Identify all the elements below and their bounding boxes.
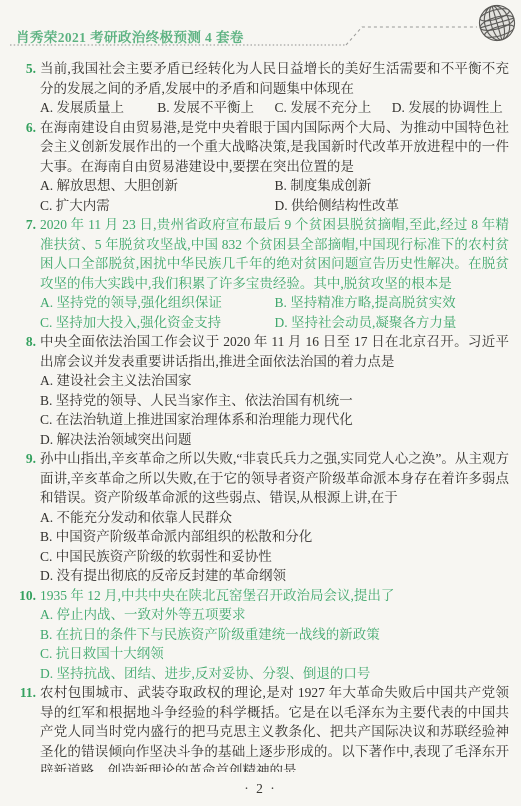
question-body: 在海南建设自由贸易港,是党中央着眼于国内国际两个大局、为推动中国特色社会主义创新… — [40, 118, 509, 216]
question-number: 6. — [13, 118, 40, 216]
option-C: C. 抗日救国十大纲领 — [40, 644, 509, 664]
option-D: D. 坚持社会动员,凝聚各方力量 — [275, 313, 510, 333]
question-options: A. 发展质量上B. 发展不平衡上C. 发展不充分上D. 发展的协调性上 — [40, 98, 509, 118]
question-body: 孙中山指出,辛亥革命之所以失败,“非袁氏兵力之强,实同党人心之涣”。从主观方面讲… — [40, 449, 509, 586]
option-C: C. 扩大内需 — [40, 196, 275, 216]
question-options: A. 坚持党的领导,强化组织保证B. 坚持精准方略,提高脱贫实效C. 坚持加大投… — [40, 293, 509, 332]
question-body: 当前,我国社会主要矛盾已经转化为人民日益增长的美好生活需要和不平衡不充分的发展之… — [40, 59, 509, 118]
question-options: A. 停止内战、一致对外等五项要求B. 在抗日的条件下与民族资产阶级重建统一战线… — [40, 605, 509, 683]
question-stem: 当前,我国社会主要矛盾已经转化为人民日益增长的美好生活需要和不平衡不充分的发展之… — [40, 61, 509, 96]
question-number: 7. — [13, 215, 40, 332]
question-options: A. 建设社会主义法治国家B. 坚持党的领导、人民当家作主、依法治国有机统一C.… — [40, 371, 509, 449]
question: 5. 当前,我国社会主要矛盾已经转化为人民日益增长的美好生活需要和不平衡不充分的… — [13, 59, 509, 118]
option-C: C. 中国民族资产阶级的软弱性和妥协性 — [40, 547, 509, 567]
header-dashed-connector — [346, 27, 477, 45]
question-list: 5. 当前,我国社会主要矛盾已经转化为人民日益增长的美好生活需要和不平衡不充分的… — [13, 59, 509, 772]
option-D: D. 供给侧结构性改革 — [275, 196, 510, 216]
option-A: A. 停止内战、一致对外等五项要求 — [40, 605, 509, 625]
question-stem: 1935 年 12 月,中共中央在陕北瓦窑堡召开政治局会议,提出了 — [40, 588, 394, 603]
question-body: 农村包围城市、武装夺取政权的理论,是对 1927 年大革命失败后中国共产党领导的… — [40, 683, 509, 772]
question-body: 2020 年 11 月 23 日,贵州省政府宣布最后 9 个贫困县脱贫摘帽,至此… — [40, 215, 509, 332]
option-A: A. 建设社会主义法治国家 — [40, 371, 509, 391]
question-options: A. 解放思想、大胆创新B. 制度集成创新C. 扩大内需D. 供给侧结构性改革 — [40, 176, 509, 215]
globe-icon — [475, 1, 518, 44]
question: 10. 1935 年 12 月,中共中央在陕北瓦窑堡召开政治局会议,提出了 A.… — [13, 586, 509, 684]
option-B: B. 制度集成创新 — [275, 176, 510, 196]
exam-page: 肖秀荣2021 考研政治终极预测 4 套卷 5. 当前,我国社会主要矛盾已经转化… — [0, 0, 521, 806]
question-number: 8. — [13, 332, 40, 449]
question: 9. 孙中山指出,辛亥革命之所以失败,“非袁氏兵力之强,实同党人心之涣”。从主观… — [13, 449, 509, 586]
option-A: A. 不能充分发动和依靠人民群众 — [40, 508, 509, 528]
option-B: B. 在抗日的条件下与民族资产阶级重建统一战线的新政策 — [40, 625, 509, 645]
option-D: D. 没有提出彻底的反帝反封建的革命纲领 — [40, 566, 509, 586]
question-stem: 农村包围城市、武装夺取政权的理论,是对 1927 年大革命失败后中国共产党领导的… — [40, 685, 509, 772]
question-number: 9. — [13, 449, 40, 586]
question: 7. 2020 年 11 月 23 日,贵州省政府宣布最后 9 个贫困县脱贫摘帽… — [13, 215, 509, 332]
question-number: 11. — [13, 683, 40, 772]
option-B: B. 发展不平衡上 — [157, 98, 274, 118]
option-A: A. 解放思想、大胆创新 — [40, 176, 275, 196]
question-stem: 2020 年 11 月 23 日,贵州省政府宣布最后 9 个贫困县脱贫摘帽,至此… — [40, 217, 509, 291]
option-B: B. 坚持精准方略,提高脱贫实效 — [275, 293, 510, 313]
option-D: D. 坚持抗战、团结、进步,反对妥协、分裂、倒退的口号 — [40, 664, 509, 684]
question: 11. 农村包围城市、武装夺取政权的理论,是对 1927 年大革命失败后中国共产… — [13, 683, 509, 772]
question-options: A. 不能充分发动和依靠人民群众B. 中国资产阶级革命派内部组织的松散和分化C.… — [40, 508, 509, 586]
question-stem: 在海南建设自由贸易港,是党中央着眼于国内国际两个大局、为推动中国特色社会主义创新… — [40, 120, 509, 174]
question-number: 5. — [13, 59, 40, 118]
question-body: 中央全面依法治国工作会议于 2020 年 11 月 16 日至 17 日在北京召… — [40, 332, 509, 449]
question: 8. 中央全面依法治国工作会议于 2020 年 11 月 16 日至 17 日在… — [13, 332, 509, 449]
option-B: B. 中国资产阶级革命派内部组织的松散和分化 — [40, 527, 509, 547]
question-stem: 孙中山指出,辛亥革命之所以失败,“非袁氏兵力之强,实同党人心之涣”。从主观方面讲… — [40, 451, 509, 505]
page-number: · 2 · — [0, 781, 521, 797]
option-A: A. 发展质量上 — [40, 98, 157, 118]
question-number: 10. — [13, 586, 40, 684]
option-D: D. 发展的协调性上 — [392, 98, 509, 118]
question-body: 1935 年 12 月,中共中央在陕北瓦窑堡召开政治局会议,提出了 A. 停止内… — [40, 586, 509, 684]
question: 6. 在海南建设自由贸易港,是党中央着眼于国内国际两个大局、为推动中国特色社会主… — [13, 118, 509, 216]
option-D: D. 解决法治领域突出问题 — [40, 430, 509, 450]
option-C: C. 发展不充分上 — [275, 98, 392, 118]
header-title: 肖秀荣2021 考研政治终极预测 4 套卷 — [16, 26, 244, 46]
question-stem: 中央全面依法治国工作会议于 2020 年 11 月 16 日至 17 日在北京召… — [40, 334, 509, 369]
option-A: A. 坚持党的领导,强化组织保证 — [40, 293, 275, 313]
option-C: C. 坚持加大投入,强化资金支持 — [40, 313, 275, 333]
option-B: B. 坚持党的领导、人民当家作主、依法治国有机统一 — [40, 391, 509, 411]
option-C: C. 在法治轨道上推进国家治理体系和治理能力现代化 — [40, 410, 509, 430]
